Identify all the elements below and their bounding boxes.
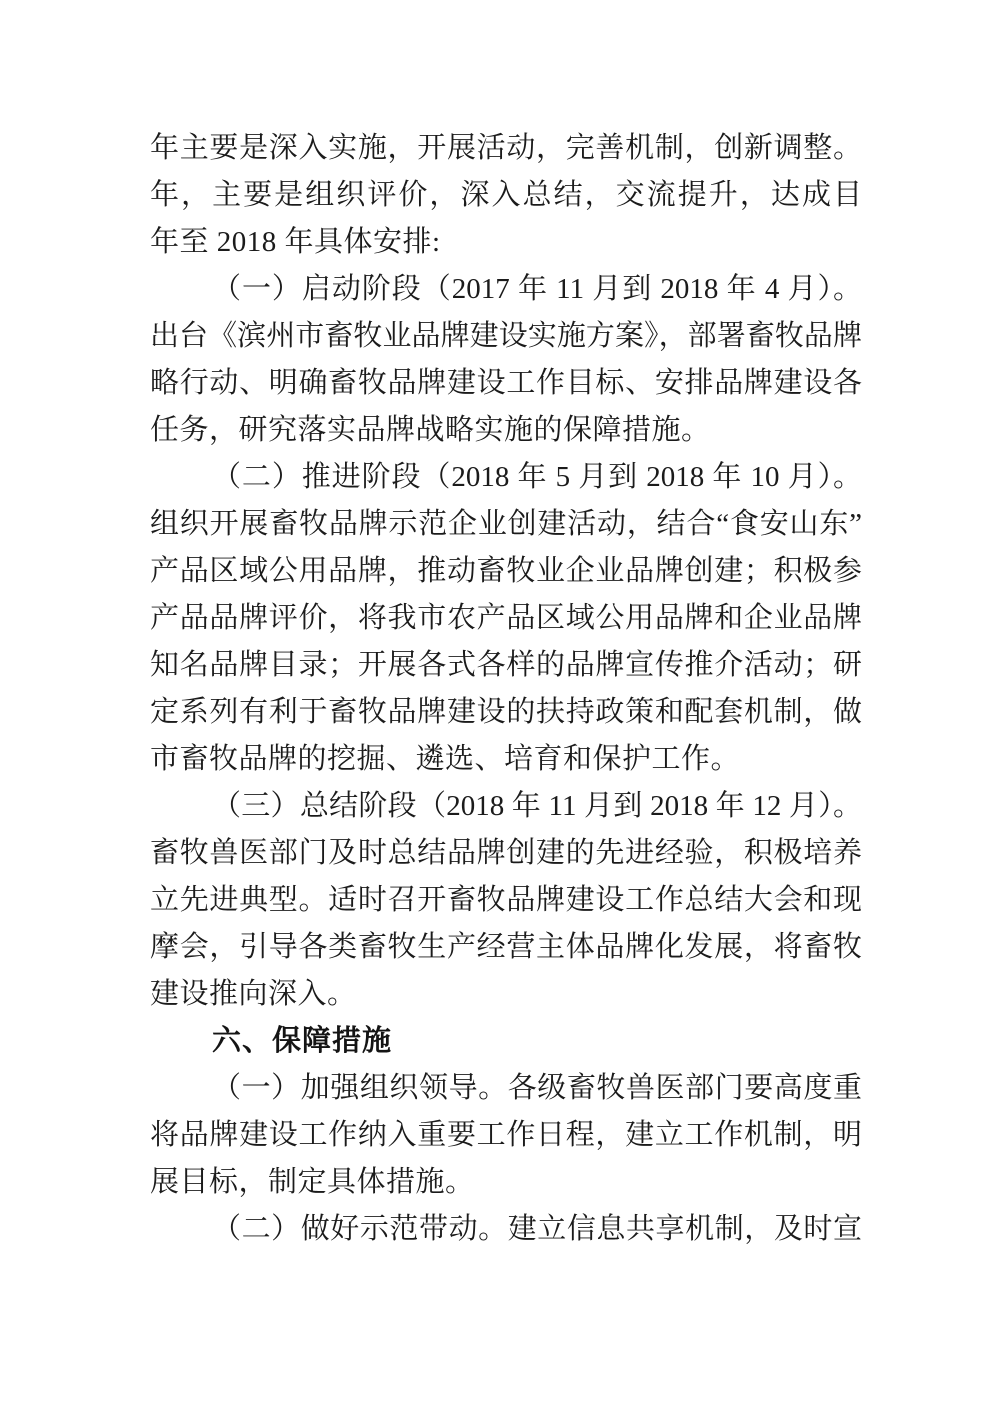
paragraph: （二）做好示范带动。建立信息共享机制，及时宣传相 bbox=[150, 1206, 862, 1253]
document-page: 年主要是深入实施，开展活动，完善机制，创新调整。2020 年，主要是组织评价，深… bbox=[0, 0, 1000, 1414]
text-line: 年主要是深入实施，开展活动，完善机制，创新调整。2020 bbox=[150, 125, 862, 172]
text-line: 年至 2018 年具体安排: bbox=[150, 219, 862, 266]
text-line: 产品区域公用品牌，推动畜牧业企业品牌创建；积极参与农 bbox=[150, 548, 862, 595]
text-line: （一）加强组织领导。各级畜牧兽医部门要高度重视， bbox=[150, 1065, 862, 1112]
text-line: 略行动、明确畜牧品牌建设工作目标、安排品牌建设各阶段 bbox=[150, 360, 862, 407]
section: 六、保障措施 bbox=[150, 1018, 862, 1065]
text-line: 知名品牌目录；开展各式各样的品牌宣传推介活动；研究制 bbox=[150, 642, 862, 689]
text-line: （二）推进阶段（2018 年 5 月到 2018 年 10 月）。继续 bbox=[150, 454, 862, 501]
text-line: 摩会，引导各类畜牧生产经营主体品牌化发展，将畜牧品牌 bbox=[150, 924, 862, 971]
text-line: 展目标，制定具体措施。 bbox=[150, 1159, 862, 1206]
paragraph: （三）总结阶段（2018 年 11 月到 2018 年 12 月）。各级 畜牧兽… bbox=[150, 783, 862, 1018]
paragraph: （二）推进阶段（2018 年 5 月到 2018 年 10 月）。继续 组织开展… bbox=[150, 454, 862, 783]
text-line: 任务，研究落实品牌战略实施的保障措施。 bbox=[150, 407, 862, 454]
text-line: 组织开展畜牧品牌示范企业创建活动，结合“食安山东”农 bbox=[150, 501, 862, 548]
text-block: 年主要是深入实施，开展活动，完善机制，创新调整。2020 年，主要是组织评价，深… bbox=[150, 125, 862, 1253]
text-line: 定系列有利于畜牧品牌建设的扶持政策和配套机制，做好我 bbox=[150, 689, 862, 736]
text-line: 畜牧兽医部门及时总结品牌创建的先进经验，积极培养和树 bbox=[150, 830, 862, 877]
text-line: （三）总结阶段（2018 年 11 月到 2018 年 12 月）。各级 bbox=[150, 783, 862, 830]
section-heading: 六、保障措施 bbox=[150, 1018, 862, 1065]
text-line: （二）做好示范带动。建立信息共享机制，及时宣传相 bbox=[150, 1206, 862, 1253]
text-line: 年，主要是组织评价，深入总结，交流提升，达成目标。2017 bbox=[150, 172, 862, 219]
paragraph: （一）启动阶段（2017 年 11 月到 2018 年 4 月）。制定 出台《滨… bbox=[150, 266, 862, 454]
text-line: 产品品牌评价，将我市农产品区域公用品牌和企业品牌形成 bbox=[150, 595, 862, 642]
text-line: 将品牌建设工作纳入重要工作日程，建立工作机制，明确发 bbox=[150, 1112, 862, 1159]
text-line: 建设推向深入。 bbox=[150, 971, 862, 1018]
paragraph: （一）加强组织领导。各级畜牧兽医部门要高度重视， 将品牌建设工作纳入重要工作日程… bbox=[150, 1065, 862, 1206]
text-line: 出台《滨州市畜牧业品牌建设实施方案》，部署畜牧品牌战 bbox=[150, 313, 862, 360]
text-line: 市畜牧品牌的挖掘、遴选、培育和保护工作。 bbox=[150, 736, 862, 783]
paragraph: 年主要是深入实施，开展活动，完善机制，创新调整。2020 年，主要是组织评价，深… bbox=[150, 125, 862, 266]
text-line: （一）启动阶段（2017 年 11 月到 2018 年 4 月）。制定 bbox=[150, 266, 862, 313]
text-line: 立先进典型。适时召开畜牧品牌建设工作总结大会和现场观 bbox=[150, 877, 862, 924]
